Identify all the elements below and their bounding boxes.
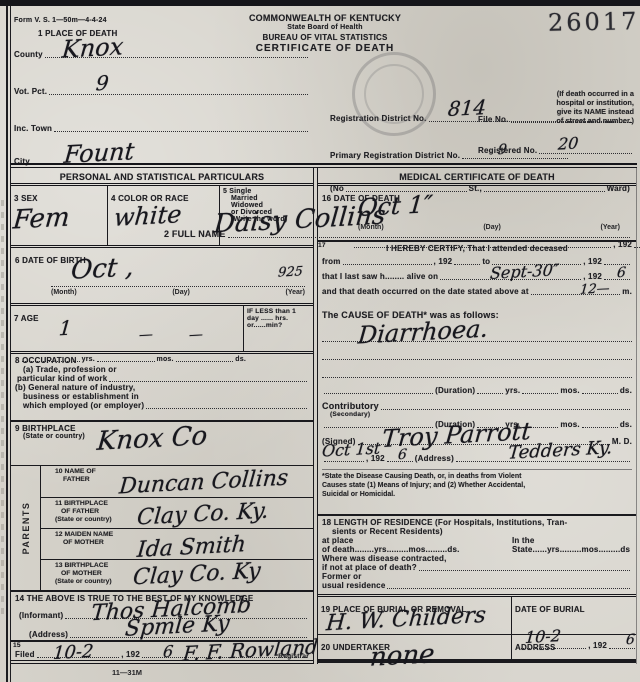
burial-row: 19 PLACE OF BURIAL OR REMOVAL H. W. Chil… — [318, 597, 636, 635]
residence-atplace-line: at place In the — [322, 536, 632, 545]
undertaker-cell: 20 UNDERTAKER none — [318, 635, 511, 659]
dod-row: 16 DATE OF DEATH Oct 1″ , 192 6 (Month) … — [318, 186, 636, 242]
contributory-dotline — [381, 407, 630, 410]
father-name-value: Duncan Collins — [118, 468, 289, 499]
inctown-field: Inc. Town — [14, 124, 310, 133]
certify-from-dotline — [343, 262, 432, 265]
cause-block: The CAUSE OF DEATH* was as follows: Diar… — [318, 308, 636, 516]
lastsaw-192: , 192 — [583, 272, 602, 281]
informant-address-label: (Address) — [29, 630, 68, 639]
undertaker-value: none — [369, 641, 436, 671]
inctown-label: Inc. Town — [14, 124, 52, 133]
contracted-line: if not at place of death? — [322, 563, 632, 572]
lastsaw-year-value: 6 — [616, 266, 626, 281]
lastsaw-value: Sept-30″ — [489, 262, 559, 282]
residence-label2: sients or Recent Residents) — [322, 527, 632, 536]
personal-title: PERSONAL AND STATISTICAL PARTICULARS — [11, 168, 313, 186]
inctown-line — [54, 129, 308, 132]
burial-date-cell: DATE OF BURIAL , 192 10-2 6 — [511, 597, 636, 634]
undertaker-address-cell: ADDRESS — [511, 635, 636, 659]
contrib-mos-label: mos. — [560, 420, 579, 429]
undertaker-address-label: ADDRESS — [515, 643, 556, 652]
occupation-label: 8 OCCUPATION — [15, 356, 309, 365]
informant-row: 14 THE ABOVE IS TRUE TO THE BEST OF MY K… — [11, 592, 313, 642]
burial-place-cell: 19 PLACE OF BURIAL OR REMOVAL H. W. Chil… — [318, 597, 511, 634]
occupation-a1: (a) Trade, profession or — [15, 365, 309, 374]
board-title: State Board of Health — [205, 24, 445, 33]
filed-value: 10-2 — [52, 643, 94, 663]
lastsaw-line: that I last saw h........ alive on , 192… — [322, 272, 632, 281]
mother-birthplace-row: 13 BIRTHPLACE OF MOTHER (State or countr… — [41, 560, 313, 591]
county-value: Knox — [61, 34, 124, 61]
dob-line — [51, 286, 305, 287]
age-row: 7 AGE 1 — — yrs. mos. ds. IF LESS than 1 — [11, 306, 313, 354]
secondary-label: (Secondary) — [322, 411, 632, 418]
dod-year-label: (Year) — [601, 224, 620, 231]
footnote: *State the Disease Causing Death, or, in… — [322, 469, 632, 499]
dob-day-label: (Day) — [172, 289, 190, 296]
age-label: 7 AGE — [14, 314, 39, 323]
votpct-label: Vot. Pct. — [14, 87, 47, 96]
dob-value: Oct , — [70, 254, 135, 283]
medical-column: MEDICAL CERTIFICATE OF DEATH 16 DATE OF … — [318, 168, 637, 664]
occupation-row: 8 OCCUPATION (a) Trade, profession or pa… — [11, 354, 313, 422]
age-cell: 7 AGE 1 — — yrs. mos. ds. — [11, 306, 243, 351]
occupation-b2: business or establishment in — [15, 392, 309, 401]
marital-line1: 5 Single — [223, 188, 310, 195]
certificate-title: CERTIFICATE OF DEATH — [205, 43, 445, 56]
bureau-title: BUREAU OF VITAL STATISTICS — [205, 33, 445, 43]
footnote-line3: Suicidal or Homicidal. — [322, 490, 632, 499]
sigdate-value: Oct 1st — [321, 440, 381, 459]
sig-address-label: (Address) — [415, 454, 454, 463]
filed-line: Filed , 192 10-2 6 F. F. Rowland — [15, 650, 309, 659]
father-birthplace-row: 11 BIRTHPLACE OF FATHER (State or countr… — [41, 498, 313, 530]
former-line: usual residence — [322, 581, 632, 590]
dod-value: Oct 1″ — [357, 192, 434, 220]
birthplace-value: Knox Co — [96, 423, 208, 455]
registeredno-field: Registered No. 20 — [478, 146, 634, 155]
former-label1: Former or — [322, 572, 632, 581]
residence-block: 18 LENGTH OF RESIDENCE (For Hospitals, I… — [318, 516, 636, 597]
signed-date-line: , 192 (Address) Oct 1st 6 Tedders Ky. — [322, 454, 632, 463]
sigyear-value: 6 — [397, 448, 407, 463]
cause-duration-line: (Duration) yrs. mos. ds. — [322, 386, 632, 395]
age-less-line2: day ...... hrs. — [247, 315, 310, 322]
contracted-label1: Where was disease contracted, — [322, 554, 632, 563]
occupation-b3-line: which employed (or employer) — [15, 401, 309, 410]
cause-duration-label: (Duration) — [435, 386, 475, 395]
hospital-note: (If death occurred in a hospital or inst… — [470, 90, 634, 126]
sex-value: Fem — [12, 204, 71, 233]
votpct-line — [49, 92, 308, 95]
filed-row: 15 Filed , 192 10-2 6 F. F. Rowland Regi… — [11, 642, 313, 664]
cause-mos-label: mos. — [560, 386, 579, 395]
race-value: white — [113, 202, 183, 230]
stateline-label: State......yrs.........mos.........ds — [512, 545, 630, 554]
former-dotline — [387, 586, 630, 589]
dob-row: 6 DATE OF BIRTH Oct , 925 (Month) (Day) … — [11, 248, 313, 306]
margin-smudge — [1, 200, 4, 620]
votpct-field: Vot. Pct. 9 — [14, 87, 310, 96]
filed-number: 15 — [13, 642, 21, 649]
former-label2: usual residence — [322, 581, 385, 590]
occupation-a2: particular kind of work — [17, 374, 107, 383]
residence-ofdeath-line: of death........yrs.........mos.........… — [322, 545, 632, 554]
county-label: County — [14, 50, 43, 59]
form-code: Form V. S. 1—50m—4-4-24 — [14, 17, 107, 24]
header-titles: COMMONWEALTH OF KENTUCKY State Board of … — [205, 13, 445, 56]
contributory-label: Contributory — [322, 401, 379, 411]
sex-cell: 3 SEX Fem — [11, 186, 107, 245]
dob-year-value: 925 — [278, 265, 304, 279]
occupation-a-line — [109, 379, 307, 382]
marital-line2: Married — [223, 195, 310, 202]
certify-from-192: , 192 — [434, 257, 453, 266]
parents-label: PARENTS — [21, 502, 31, 555]
footnote-line2: Causes state (1) Means of Injury; and (2… — [322, 481, 632, 490]
round-stamp — [352, 52, 436, 136]
md-label: M. D. — [612, 437, 632, 446]
dob-year-label: (Year) — [286, 289, 305, 296]
birthplace-row: 9 BIRTHPLACE (State or country) Knox Co — [11, 422, 313, 466]
certify-from-yearline — [454, 262, 480, 265]
footnote-line1: *State the Disease Causing Death, or, in… — [322, 472, 632, 481]
age-value: 1 — [58, 318, 72, 339]
contrib-ds-label: ds. — [620, 420, 632, 429]
bottom-print-code: 11—31M — [112, 668, 142, 677]
certify-from-label: from — [322, 257, 341, 266]
residence-label1: 18 LENGTH OF RESIDENCE (For Hospitals, I… — [322, 518, 632, 527]
cause-duration-dotline — [324, 391, 433, 394]
occurred-line: and that death occurred on the date stat… — [322, 287, 632, 296]
informant-label: (Informant) — [19, 611, 63, 620]
occupation-a2-line: particular kind of work — [15, 374, 309, 383]
mother-name-value: Ida Smith — [136, 534, 247, 562]
registrar-label: Registrar — [278, 653, 309, 660]
occurred-m-label: m. — [622, 287, 632, 296]
medical-title: MEDICAL CERTIFICATE OF DEATH — [318, 168, 636, 186]
dod-month-label: (Month) — [358, 224, 384, 231]
votpct-value: 9 — [95, 73, 109, 94]
age-ds-dash: — — [188, 328, 203, 343]
inthe-label: In the — [512, 536, 535, 545]
marital-line3: Widowed — [223, 202, 310, 209]
race-cell: 4 COLOR OR RACE white — [107, 186, 219, 245]
parents-block: PARENTS 10 NAME OF FATHER Duncan Collins… — [11, 466, 313, 592]
dod-sublabels: (Month) (Day) (Year) — [348, 224, 630, 231]
contributory-line: Contributory — [322, 401, 632, 411]
occupation-b3: which employed (or employer) — [23, 401, 144, 410]
marital-line5: (Write the word) — [223, 216, 310, 223]
parents-rows: 10 NAME OF FATHER Duncan Collins 11 BIRT… — [41, 466, 313, 590]
top-border — [0, 0, 640, 6]
age-mos-dash: — — [138, 328, 153, 343]
sex-label: 3 SEX — [14, 194, 38, 203]
mother-name-row: 12 MAIDEN NAME OF MOTHER Ida Smith — [41, 529, 313, 560]
marital-cell: 5 Single Married Widowed or Divorced (Wr… — [219, 186, 313, 245]
cause-ds-label: ds. — [620, 386, 632, 395]
cause-yrs-label: yrs. — [505, 386, 520, 395]
burial-place-value: H. W. Childers — [325, 605, 487, 636]
informant-address-value: Spmle Ky — [124, 613, 230, 641]
sex-race-marital-row: 3 SEX Fem 4 COLOR OR RACE white 5 Single… — [11, 186, 313, 248]
death-certificate: Form V. S. 1—50m—4-4-24 1 PLACE OF DEATH… — [0, 0, 640, 682]
primreg-label: Primary Registration District No. — [330, 151, 460, 160]
dod-day-label: (Day) — [483, 224, 501, 231]
certify-heading: I HEREBY CERTIFY, That I attended deceas… — [322, 244, 632, 253]
filed-year-value: 6 — [162, 644, 174, 661]
registeredno-value: 20 — [557, 135, 579, 152]
filed-label: Filed — [15, 650, 35, 659]
certify-to-label: to — [482, 257, 490, 266]
filed-192: , 192 — [121, 650, 140, 659]
lastsaw-label: that I last saw h........ alive on — [322, 272, 438, 281]
cause-value: Diarrhoea. — [357, 317, 489, 348]
atplace-label: at place — [322, 536, 512, 545]
father-name-row: 10 NAME OF FATHER Duncan Collins — [41, 466, 313, 498]
cause-yrs-line — [477, 391, 503, 394]
parents-label-cell: PARENTS — [11, 466, 41, 590]
burial-date-label: DATE OF BURIAL — [515, 605, 585, 614]
registeredno-label: Registered No. — [478, 146, 537, 155]
contracted-dotline — [419, 568, 630, 571]
occurred-label: and that death occurred on the date stat… — [322, 287, 529, 296]
marital-line4: or Divorced — [223, 209, 310, 216]
cause-line1: Diarrhoea. — [322, 320, 632, 342]
hospital-note-line4: of street and number.) — [470, 117, 634, 126]
cause-line3 — [322, 360, 632, 378]
certify-number: 17 — [318, 242, 326, 249]
age-less-line1: IF LESS than 1 — [247, 308, 310, 315]
dob-month-label: (Month) — [51, 289, 77, 296]
primreg-line — [462, 156, 568, 159]
mother-bp-value: Clay Co. Ky — [132, 560, 261, 589]
cause-ds-line — [582, 391, 618, 394]
commonwealth-title: COMMONWEALTH OF KENTUCKY — [205, 13, 445, 24]
certify-to-192: , 192 — [583, 257, 602, 266]
certify-from-line: from , 192 to , 192 — [322, 257, 632, 266]
occupation-b-line — [146, 406, 307, 409]
cause-mos-line — [522, 391, 558, 394]
contrib-ds-line — [582, 425, 618, 428]
age-less-line3: or......min? — [247, 322, 310, 329]
occupation-b1: (b) General nature of industry, — [15, 383, 309, 392]
ofdeath-label: of death........yrs.........mos.........… — [322, 545, 512, 554]
contracted-label2: if not at place of death? — [322, 563, 417, 572]
dob-sublabels: (Month) (Day) (Year) — [51, 289, 305, 296]
personal-column: PERSONAL AND STATISTICAL PARTICULARS 3 S… — [11, 168, 313, 664]
occurred-hour-value: 12— — [580, 282, 611, 297]
serial-number: 26017 — [548, 7, 640, 37]
age-less-cell: IF LESS than 1 day ...... hrs. or......m… — [243, 306, 313, 351]
certify-block: 17 I HEREBY CERTIFY, That I attended dec… — [318, 242, 636, 308]
registeredno-line — [539, 151, 632, 154]
undertaker-row: 20 UNDERTAKER none ADDRESS — [318, 635, 636, 663]
